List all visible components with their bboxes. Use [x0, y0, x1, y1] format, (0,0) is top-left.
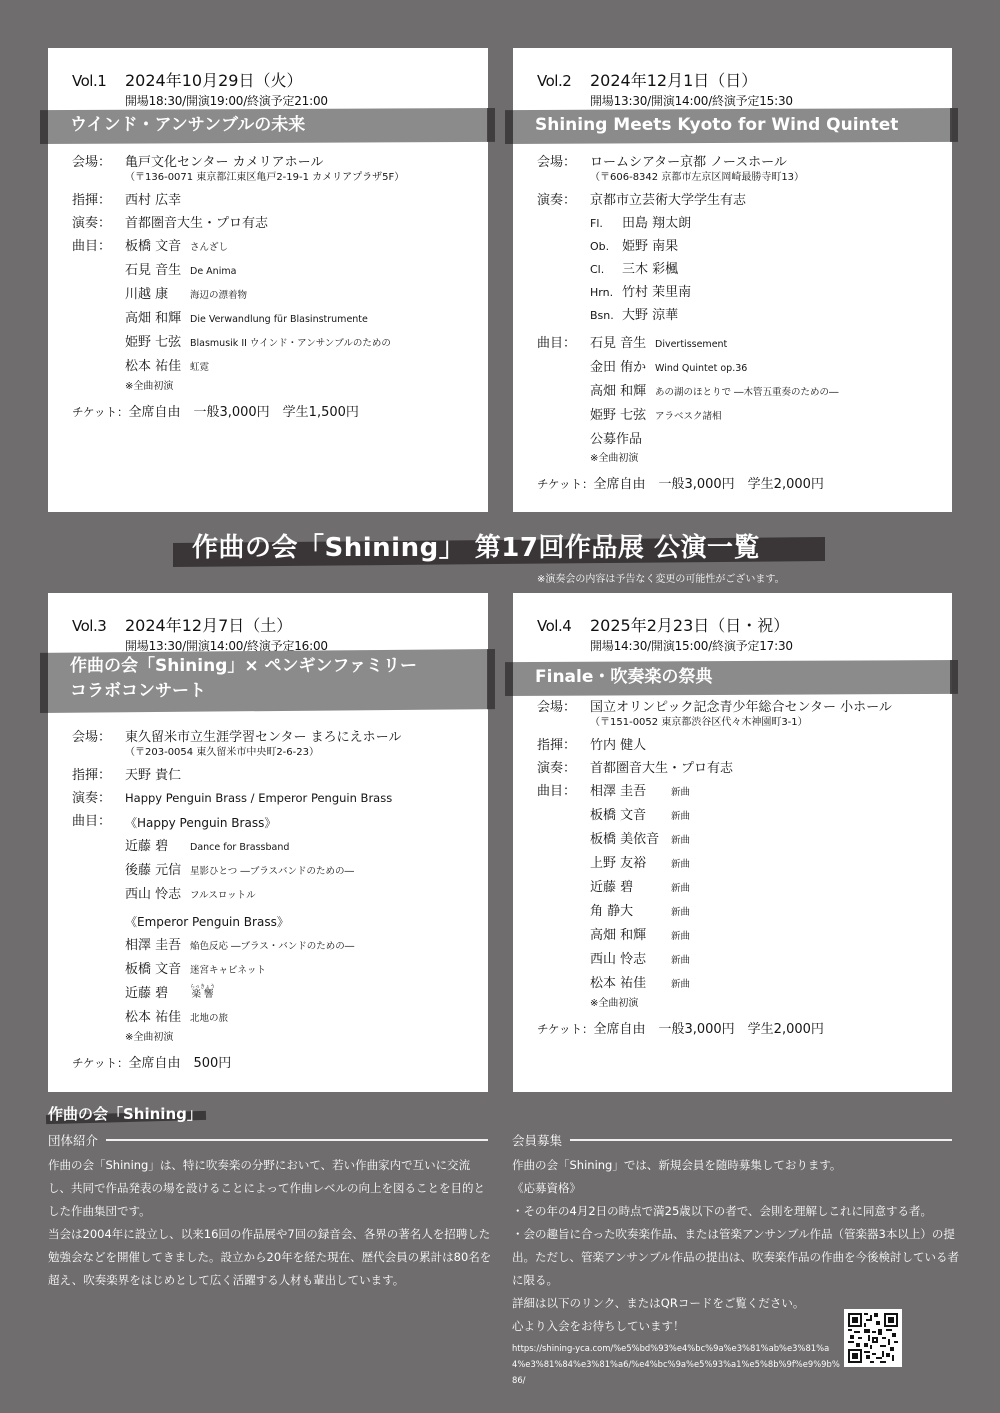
performers-name: 首都圏音大生・プロ有志	[590, 757, 733, 780]
composer: 近藤 碧	[125, 982, 190, 1005]
instrument: Hrn.	[590, 281, 622, 304]
concert-info: 会場： 国立オリンピック記念青少年総合センター 小ホール （〒151-0052 …	[537, 696, 892, 1041]
ticket-label: チケット：	[72, 405, 128, 419]
qr-code-graphic	[848, 1313, 898, 1363]
conductor-label: 指揮：	[537, 734, 590, 757]
main-title: 作曲の会「Shining」 第17回作品展 公演一覧	[192, 527, 760, 564]
composer: 相澤 圭吾	[125, 934, 190, 957]
conductor-label: 指揮：	[72, 189, 125, 212]
conductor-row: 指揮： 竹内 健人	[537, 734, 892, 757]
membership-intro: 作曲の会「Shining」では、新規会員を随時募集しております。	[512, 1154, 962, 1177]
concert-info: 会場： ロームシアター京都 ノースホール （〒606-8342 京都市左京区岡崎…	[537, 151, 839, 496]
work-title: アラベスク諸相	[655, 405, 722, 428]
section-heading-label: 団体紹介	[48, 1131, 98, 1149]
program-item: 西山 怜志フルスロットル	[125, 883, 354, 907]
composer: 西山 怜志	[125, 883, 190, 906]
performers-name: 首都圏音大生・プロ有志	[125, 212, 268, 235]
banner-edge	[40, 649, 48, 713]
ensemble-group-title: 《Emperor Penguin Brass》	[125, 911, 354, 934]
banner-edge	[505, 660, 513, 696]
composer: 川越 康	[125, 283, 190, 306]
vol-header: Vol.2 2024年12月1日（日）	[537, 68, 757, 91]
work-title: Dance for Brassband	[190, 836, 289, 859]
program-item: 西山 怜志新曲	[590, 948, 690, 972]
composer: 姫野 七弦	[590, 404, 655, 427]
program-item: 松本 祐佳北地の旅	[125, 1006, 354, 1030]
work-title: さんざし	[190, 236, 228, 259]
venue-label: 会場：	[72, 726, 125, 764]
concert-info: 会場： 亀戸文化センター カメリアホール （〒136-0071 東京都江東区亀戸…	[72, 151, 404, 424]
concert-times: 開場14:30/開演15:00/終演予定17:30	[590, 637, 793, 654]
composer: 板橋 文音	[125, 235, 190, 258]
work-title: 星影ひとつ ―ブラスバンドのための―	[190, 860, 354, 883]
program-item: 後藤 元信星影ひとつ ―ブラスバンドのための―	[125, 859, 354, 883]
work-title: 迷宮キャビネット	[190, 959, 266, 982]
concert-title-banner: ウインド・アンサンブルの未来	[40, 108, 495, 144]
premiere-note: ※全曲初演	[590, 996, 690, 1012]
performers-label: 演奏：	[537, 757, 590, 780]
venue-label: 会場：	[537, 696, 590, 734]
work-title: 新曲	[671, 877, 690, 900]
performers-row: 演奏： Happy Penguin Brass / Emperor Pengui…	[72, 787, 401, 810]
work-title: 楽響らっきょう	[190, 983, 215, 1006]
program-list: 石見 音生Divertissement 金田 侑かWind Quintet op…	[590, 332, 839, 467]
conductor-name: 天野 貴仁	[125, 764, 181, 787]
composer: 相澤 圭吾	[590, 780, 671, 803]
program-row: 曲目： 《Happy Penguin Brass》 近藤 碧Dance for …	[72, 810, 401, 1046]
vol-number: Vol.2	[537, 72, 590, 90]
program-item: 石見 音生Divertissement	[590, 332, 839, 356]
about-text: 作曲の会「Shining」は、特に吹奏楽の分野において、若い作曲家内で互いに交流…	[48, 1154, 492, 1292]
composer: 板橋 文音	[590, 804, 671, 827]
composer: 松本 祐佳	[590, 972, 671, 995]
ticket-row: チケット：全席自由 一般3,000円 学生2,000円	[537, 1018, 892, 1041]
venue-label: 会場：	[72, 151, 125, 189]
program-item: 川越 康海辺の漂着物	[125, 283, 391, 307]
ticket-row: チケット：全席自由 一般3,000円 学生1,500円	[72, 401, 404, 424]
ticket-price: 全席自由 500円	[128, 1056, 231, 1071]
ticket-label: チケット：	[72, 1056, 128, 1070]
work-title: 北地の旅	[190, 1007, 228, 1030]
conductor-label: 指揮：	[72, 764, 125, 787]
program-item: 姫野 七弦アラベスク諸相	[590, 404, 839, 428]
about-paragraph: 当会は2004年に設立し、以来16回の作品展や7回の録音会、各界の著名人を招聘し…	[48, 1223, 492, 1292]
program-item: 近藤 碧新曲	[590, 876, 690, 900]
work-title: 新曲	[671, 901, 690, 924]
org-title: 作曲の会「Shining」	[48, 1103, 202, 1124]
ticket-row: チケット：全席自由 500円	[72, 1052, 401, 1075]
composer: 松本 祐佳	[125, 355, 190, 378]
composer: 後藤 元信	[125, 859, 190, 882]
banner-edge	[487, 649, 495, 713]
work-title: Divertissement	[655, 333, 727, 356]
ensemble-group-title: 《Happy Penguin Brass》	[125, 812, 354, 835]
performers-name: Happy Penguin Brass / Emperor Penguin Br…	[125, 787, 392, 810]
composer: 松本 祐佳	[125, 1006, 190, 1029]
work-title: 焔色反応 ―ブラス・バンドのための―	[190, 935, 354, 958]
work-title: 新曲	[671, 949, 690, 972]
program-item: 板橋 文音新曲	[590, 804, 690, 828]
work-title: 新曲	[671, 853, 690, 876]
player-name: 竹村 茉里南	[622, 281, 691, 304]
composer: 西山 怜志	[590, 948, 671, 971]
performers-label: 演奏：	[72, 787, 125, 810]
conductor-name: 西村 広幸	[125, 189, 181, 212]
concert-date: 2025年2月23日（日・祝）	[590, 613, 789, 636]
qualification-item: ・会の趣旨に合った吹奏楽作品、または管楽アンサンブル作品（管楽器3本以上）の提出…	[512, 1223, 962, 1292]
venue-row: 会場： ロームシアター京都 ノースホール （〒606-8342 京都市左京区岡崎…	[537, 151, 839, 189]
program-label: 曲目：	[537, 780, 590, 1012]
ticket-price: 全席自由 一般3,000円 学生2,000円	[593, 477, 823, 492]
composer: 高畑 和輝	[590, 380, 655, 403]
divider	[106, 1139, 488, 1141]
player-item: Bsn.大野 涼華	[590, 304, 746, 327]
composer: 板橋 美依音	[590, 828, 671, 851]
section-heading-about: 団体紹介	[48, 1131, 488, 1149]
concert-title: ウインド・アンサンブルの未来	[70, 115, 305, 135]
work-title: 新曲	[671, 781, 690, 804]
concert-date: 2024年12月1日（日）	[590, 68, 757, 91]
qualification-item: ・その年の4月2日の時点で満25歳以下の者で、会則を理解しこれに同意する者。	[512, 1200, 962, 1223]
work-ruby: らっきょう	[190, 984, 215, 990]
concert-title: Shining Meets Kyoto for Wind Quintet	[535, 115, 898, 135]
concert-times: 開場13:30/開演14:00/終演予定15:30	[590, 92, 793, 109]
program-item: 板橋 文音さんざし	[125, 235, 391, 259]
venue-address: （〒606-8342 京都市左京区岡崎最勝寺町13）	[590, 171, 804, 185]
composer: 高畑 和輝	[125, 307, 190, 330]
concert-title-banner: Finale・吹奏楽の祭典	[505, 660, 958, 696]
composer: 近藤 碧	[590, 876, 671, 899]
program-label: 曲目：	[537, 332, 590, 467]
vol-number: Vol.3	[72, 617, 125, 635]
composer: 高畑 和輝	[590, 924, 671, 947]
program-item: 近藤 碧Dance for Brassband	[125, 835, 354, 859]
performers-label: 演奏：	[72, 212, 125, 235]
performers-row: 演奏： 京都市立芸術大学学生有志 Fl.田島 翔太朗 Ob.姫野 南果 Cl.三…	[537, 189, 839, 327]
ticket-label: チケット：	[537, 477, 593, 491]
player-name: 大野 涼華	[622, 304, 678, 327]
program-item: 高畑 和輝あの湖のほとりで ―木管五重奏のための―	[590, 380, 839, 404]
composer: 角 静大	[590, 900, 671, 923]
venue-label: 会場：	[537, 151, 590, 189]
composer: 姫野 七弦	[125, 331, 190, 354]
program-row: 曲目： 相澤 圭吾新曲 板橋 文音新曲 板橋 美依音新曲 上野 友裕新曲 近藤 …	[537, 780, 892, 1012]
instrument: Fl.	[590, 212, 622, 235]
program-label: 曲目：	[72, 235, 125, 395]
work-title: Blasmusik II ウインド・アンサンブルのための	[190, 332, 391, 355]
player-name: 三木 彩楓	[622, 258, 678, 281]
performers-row: 演奏： 首都圏音大生・プロ有志	[537, 757, 892, 780]
ticket-row: チケット：全席自由 一般3,000円 学生2,000円	[537, 473, 839, 496]
conductor-row: 指揮： 天野 貴仁	[72, 764, 401, 787]
instrument: Ob.	[590, 235, 622, 258]
banner-edge	[950, 108, 958, 144]
program-item: 松本 祐佳新曲	[590, 972, 690, 996]
work-title: 海辺の漂着物	[190, 284, 247, 307]
work-title: 新曲	[671, 829, 690, 852]
program-row: 曲目： 石見 音生Divertissement 金田 侑かWind Quinte…	[537, 332, 839, 467]
premiere-note: ※全曲初演	[125, 1030, 354, 1046]
work-title: フルスロットル	[190, 884, 256, 907]
instrument: Bsn.	[590, 304, 622, 327]
program-item: 角 静大新曲	[590, 900, 690, 924]
performers-row: 演奏： 首都圏音大生・プロ有志	[72, 212, 404, 235]
concert-title-banner: Shining Meets Kyoto for Wind Quintet	[505, 108, 958, 144]
work-title: 新曲	[671, 805, 690, 828]
qualification-title: 《応募資格》	[512, 1177, 962, 1200]
concert-info: 会場： 東久留米市立生涯学習センター まろにえホール （〒203-0054 東久…	[72, 726, 401, 1075]
concert-title: Finale・吹奏楽の祭典	[535, 667, 712, 687]
banner-edge	[505, 108, 513, 144]
composer: 上野 友裕	[590, 852, 671, 875]
performers-name: 京都市立芸術大学学生有志	[590, 189, 746, 212]
change-notice: ※演奏会の内容は予告なく変更の可能性がございます。	[537, 570, 785, 585]
program-item: 姫野 七弦Blasmusik II ウインド・アンサンブルのための	[125, 331, 391, 355]
program-item: 松本 祐佳虹霓	[125, 355, 391, 379]
venue-row: 会場： 亀戸文化センター カメリアホール （〒136-0071 東京都江東区亀戸…	[72, 151, 404, 189]
vol-header: Vol.4 2025年2月23日（日・祝）	[537, 613, 789, 636]
program-item: 板橋 美依音新曲	[590, 828, 690, 852]
program-item: 相澤 圭吾焔色反応 ―ブラス・バンドのための―	[125, 934, 354, 958]
vol-number: Vol.4	[537, 617, 590, 635]
composer: 石見 音生	[590, 332, 655, 355]
qr-code-icon[interactable]	[844, 1309, 902, 1367]
vol-header: Vol.3 2024年12月7日（土）	[72, 613, 292, 636]
concert-date: 2024年12月7日（土）	[125, 613, 292, 636]
composer: 近藤 碧	[125, 835, 190, 858]
about-paragraph: 作曲の会「Shining」は、特に吹奏楽の分野において、若い作曲家内で互いに交流…	[48, 1154, 492, 1223]
program-item: 板橋 文音迷宮キャビネット	[125, 958, 354, 982]
conductor-row: 指揮： 西村 広幸	[72, 189, 404, 212]
venue-row: 会場： 国立オリンピック記念青少年総合センター 小ホール （〒151-0052 …	[537, 696, 892, 734]
premiere-note: ※全曲初演	[125, 379, 391, 395]
player-item: Ob.姫野 南果	[590, 235, 746, 258]
work-title: 虹霓	[190, 356, 209, 379]
program-item: 相澤 圭吾新曲	[590, 780, 690, 804]
program-item: 高畑 和輝Die Verwandlung für Blasinstrumente	[125, 307, 391, 331]
composer: 石見 音生	[125, 259, 190, 282]
ticket-price: 全席自由 一般3,000円 学生2,000円	[593, 1022, 823, 1037]
player-name: 田島 翔太朗	[622, 212, 691, 235]
program-list: 《Happy Penguin Brass》 近藤 碧Dance for Bras…	[125, 810, 354, 1046]
program-item: 上野 友裕新曲	[590, 852, 690, 876]
banner-edge	[40, 108, 48, 144]
vol-number: Vol.1	[72, 72, 125, 90]
performers-label: 演奏：	[537, 189, 590, 327]
vol-header: Vol.1 2024年10月29日（火）	[72, 68, 302, 91]
composer: 板橋 文音	[125, 958, 190, 981]
work-title: Wind Quintet op.36	[655, 357, 747, 380]
work-title: Die Verwandlung für Blasinstrumente	[190, 308, 368, 331]
player-item: Hrn.竹村 茉里南	[590, 281, 746, 304]
instrument: Cl.	[590, 258, 622, 281]
program-row: 曲目： 板橋 文音さんざし 石見 音生De Anima 川越 康海辺の漂着物 高…	[72, 235, 404, 395]
work-title: あの湖のほとりで ―木管五重奏のための―	[655, 381, 839, 404]
program-item: 近藤 碧楽響らっきょう	[125, 982, 354, 1006]
section-heading-membership: 会員募集	[512, 1131, 952, 1149]
concert-date: 2024年10月29日（火）	[125, 68, 302, 91]
player-item: Cl.三木 彩楓	[590, 258, 746, 281]
ticket-label: チケット：	[537, 1022, 593, 1036]
ticket-price: 全席自由 一般3,000円 学生1,500円	[128, 405, 358, 420]
program-item: 公募作品	[590, 428, 839, 451]
concert-title-banner: 作曲の会「Shining」× ペンギンファミリー コラボコンサート	[40, 649, 495, 713]
work-title: De Anima	[190, 260, 236, 283]
membership-link[interactable]: https://shining-yca.com/%e5%bd%93%e4%bc%…	[512, 1340, 842, 1388]
concert-title-line1: 作曲の会「Shining」× ペンギンファミリー	[70, 654, 495, 679]
player-item: Fl.田島 翔太朗	[590, 212, 746, 235]
concert-title-line2: コラボコンサート	[70, 679, 495, 704]
program-item: 高畑 和輝新曲	[590, 924, 690, 948]
program-item: 金田 侑かWind Quintet op.36	[590, 356, 839, 380]
work-title: 新曲	[671, 925, 690, 948]
player-name: 姫野 南果	[622, 235, 678, 258]
program-label: 曲目：	[72, 810, 125, 1046]
composer: 公募作品	[590, 428, 655, 451]
program-item: 石見 音生De Anima	[125, 259, 391, 283]
premiere-note: ※全曲初演	[590, 451, 839, 467]
conductor-name: 竹内 健人	[590, 734, 646, 757]
work-title: 新曲	[671, 973, 690, 996]
composer: 金田 侑か	[590, 356, 655, 379]
venue-row: 会場： 東久留米市立生涯学習センター まろにえホール （〒203-0054 東久…	[72, 726, 401, 764]
section-heading-label: 会員募集	[512, 1131, 562, 1149]
program-list: 板橋 文音さんざし 石見 音生De Anima 川越 康海辺の漂着物 高畑 和輝…	[125, 235, 391, 395]
divider	[570, 1139, 952, 1141]
banner-edge	[950, 660, 958, 696]
concert-times: 開場18:30/開演19:00/終演予定21:00	[125, 92, 328, 109]
program-list: 相澤 圭吾新曲 板橋 文音新曲 板橋 美依音新曲 上野 友裕新曲 近藤 碧新曲 …	[590, 780, 690, 1012]
banner-edge	[487, 108, 495, 144]
venue-address: （〒136-0071 東京都江東区亀戸2-19-1 カメリアプラザ5F）	[125, 171, 404, 185]
